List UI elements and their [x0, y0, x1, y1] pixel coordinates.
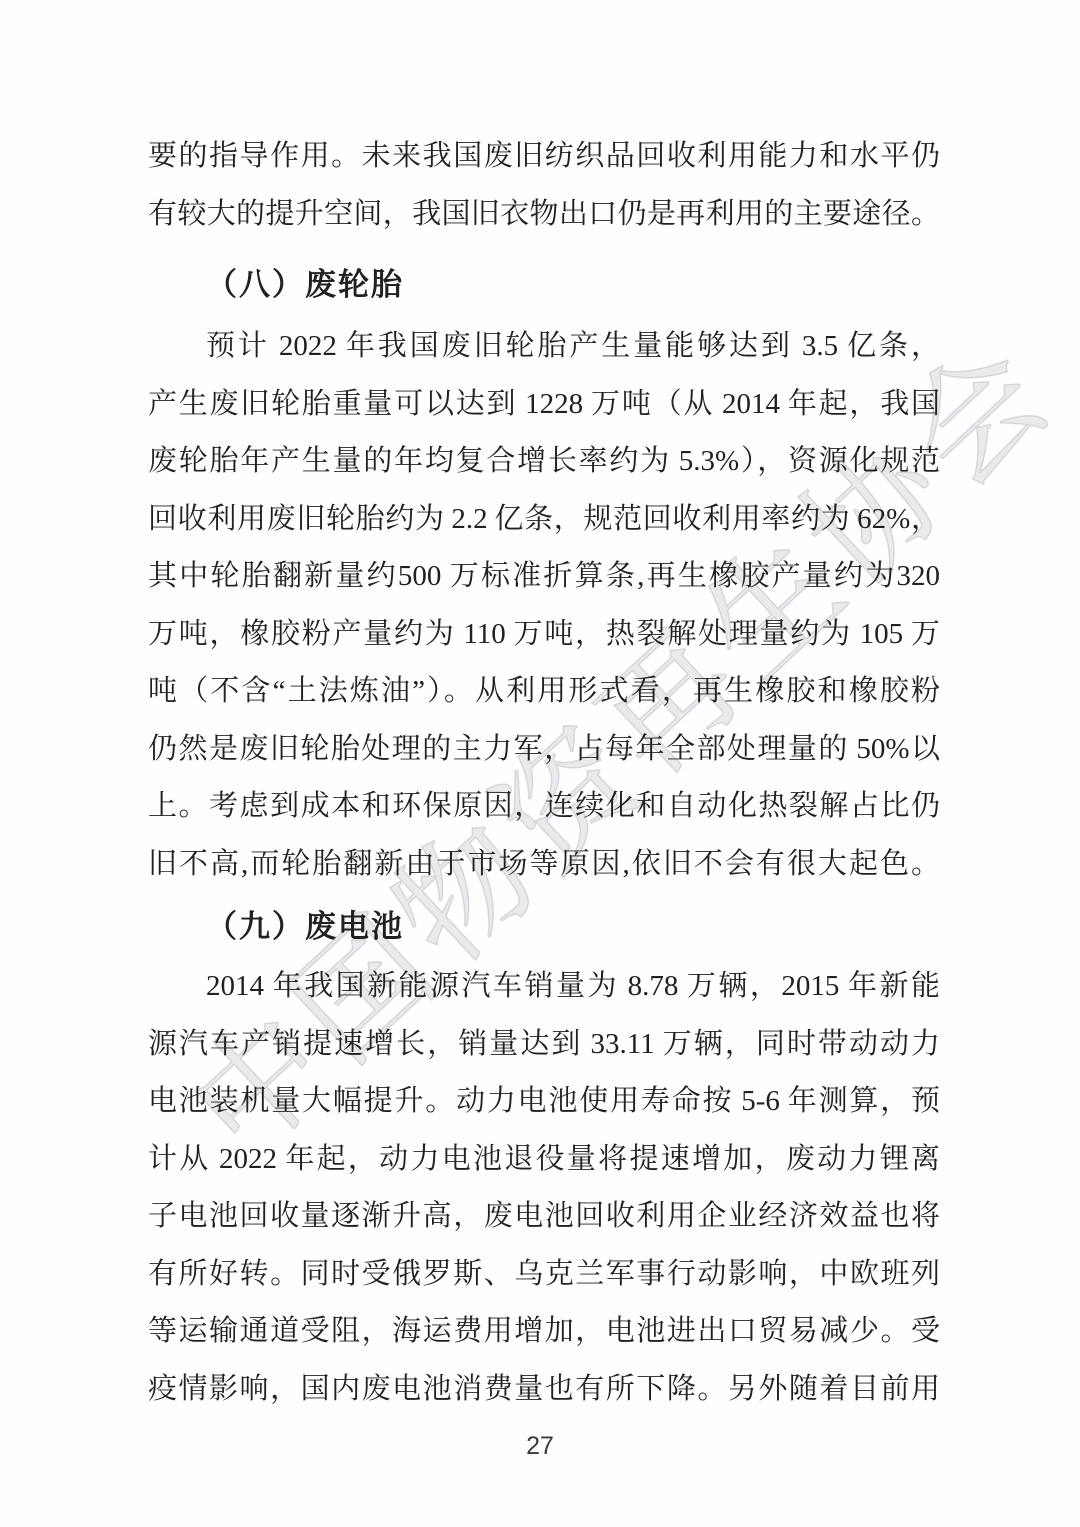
body-line: 子电池回收量逐渐升高，废电池回收利用企业经济效益也将 — [148, 1188, 940, 1246]
waste-tires-paragraph: 预计 2022 年我国废旧轮胎产生量能够达到 3.5 亿条， 产生废旧轮胎重量可… — [148, 318, 940, 893]
body-line: 有较大的提升空间，我国旧衣物出口仍是再利用的主要途径。 — [148, 186, 940, 244]
text-layer: 要的指导作用。未来我国废旧纺织品回收利用能力和水平仍 有较大的提升空间，我国旧衣… — [0, 0, 1080, 1527]
body-line: 计从 2022 年起，动力电池退役量将提速增加，废动力锂离 — [148, 1131, 940, 1189]
body-line: 有所好转。同时受俄罗斯、乌克兰军事行动影响，中欧班列 — [148, 1246, 940, 1304]
body-line: 源汽车产销提速增长，销量达到 33.11 万辆，同时带动动力 — [148, 1016, 940, 1074]
body-line: 疫情影响，国内废电池消费量也有所下降。另外随着目前用 — [148, 1361, 940, 1419]
body-line: 吨（不含“土法炼油”）。从利用形式看，再生橡胶和橡胶粉 — [148, 663, 940, 721]
body-line: 要的指导作用。未来我国废旧纺织品回收利用能力和水平仍 — [148, 128, 940, 186]
waste-batteries-paragraph: 2014 年我国新能源汽车销量为 8.78 万辆，2015 年新能 源汽车产销提… — [148, 958, 940, 1418]
body-line: 产生废旧轮胎重量可以达到 1228 万吨（从 2014 年起，我国 — [148, 376, 940, 434]
body-line: 2014 年我国新能源汽车销量为 8.78 万辆，2015 年新能 — [148, 958, 940, 1016]
body-line: 预计 2022 年我国废旧轮胎产生量能够达到 3.5 亿条， — [148, 318, 940, 376]
body-line: 等运输通道受阻，海运费用增加，电池进出口贸易减少。受 — [148, 1303, 940, 1361]
body-line: 上。考虑到成本和环保原因，连续化和自动化热裂解占比仍 — [148, 778, 940, 836]
body-line: 其中轮胎翻新量约500 万标准折算条,再生橡胶产量约为320 — [148, 548, 940, 606]
body-line: 回收利用废旧轮胎约为 2.2 亿条，规范回收利用率约为 62%， — [148, 491, 940, 549]
section-heading-waste-batteries: （九）废电池 — [148, 898, 940, 956]
section-heading-waste-tires: （八）废轮胎 — [148, 256, 940, 314]
body-line: 废轮胎年产生量的年均复合增长率约为 5.3%），资源化规范 — [148, 433, 940, 491]
intro-paragraph: 要的指导作用。未来我国废旧纺织品回收利用能力和水平仍 有较大的提升空间，我国旧衣… — [148, 128, 940, 243]
page-number: 27 — [0, 1432, 1080, 1461]
document-page: 中国物资再生协会 要的指导作用。未来我国废旧纺织品回收利用能力和水平仍 有较大的… — [0, 0, 1080, 1527]
body-line: 电池装机量大幅提升。动力电池使用寿命按 5-6 年测算，预 — [148, 1073, 940, 1131]
body-line: 万吨，橡胶粉产量约为 110 万吨，热裂解处理量约为 105 万 — [148, 606, 940, 664]
body-line: 旧不高,而轮胎翻新由于市场等原因,依旧不会有很大起色。 — [148, 836, 940, 894]
body-line: 仍然是废旧轮胎处理的主力军，占每年全部处理量的 50%以 — [148, 721, 940, 779]
